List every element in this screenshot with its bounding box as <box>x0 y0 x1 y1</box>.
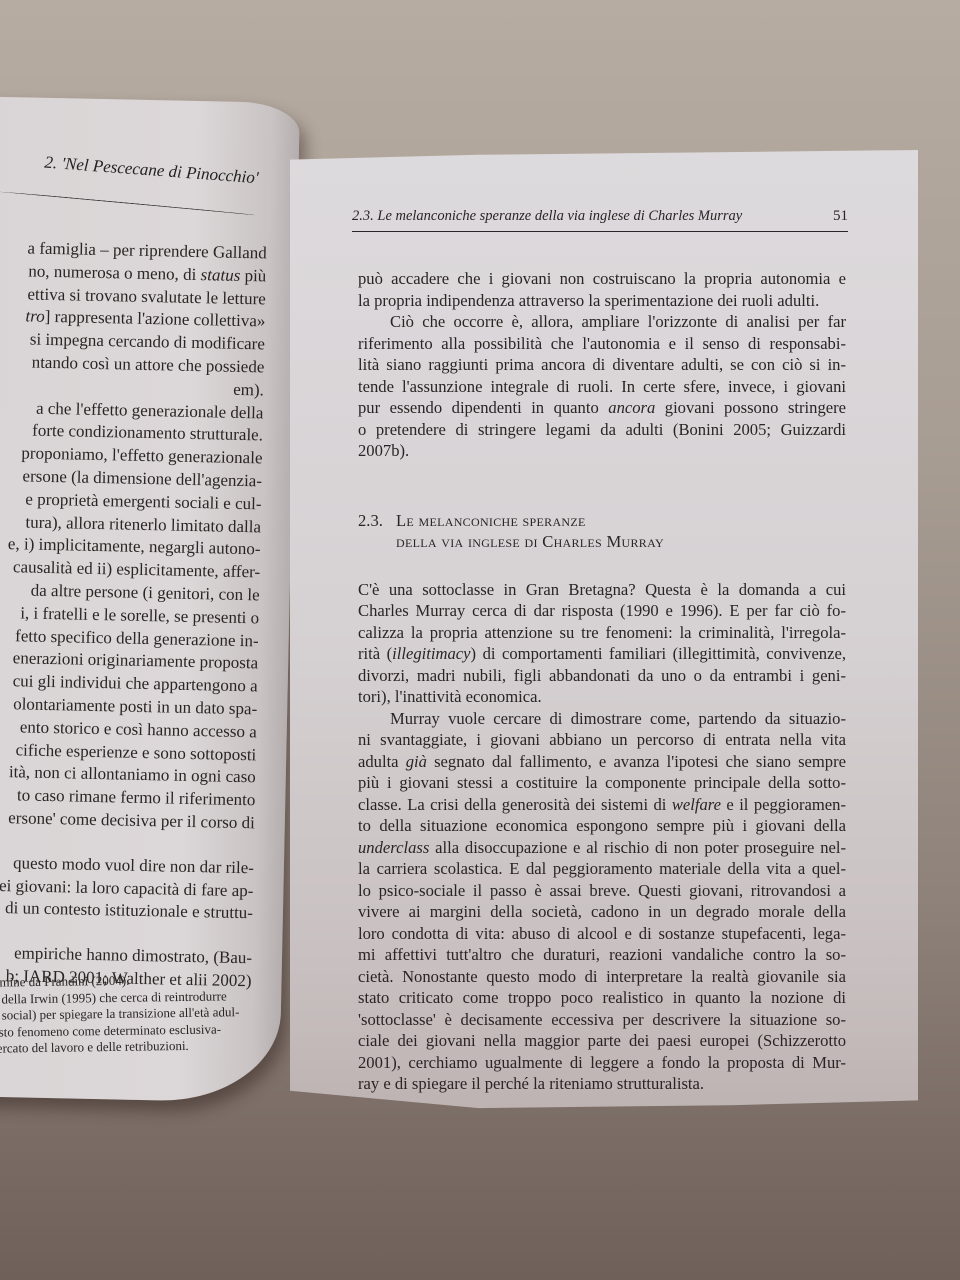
text-line: divorzi, madri nubili, figli abbandonati… <box>358 665 846 687</box>
photo-scene: 2. 'Nel Pescecane di Pinocchio' a famigl… <box>0 0 960 1280</box>
text-line: ray e di spiegare il perché la riteniamo… <box>358 1073 846 1095</box>
right-page: 2.3. Le melanconiche speranze della via … <box>290 150 918 1110</box>
left-footnotes: termine da Prandini (2004).zo della Irwi… <box>0 971 249 1058</box>
section-heading: 2.3.Le melanconiche speranze della via i… <box>358 510 846 553</box>
text-line: adulta già segnato dal fallimento, e ava… <box>358 751 846 773</box>
text-line: rità (illegitimacy) di comportamenti fam… <box>358 643 846 665</box>
text-line: più i giovani stessi a costituire la com… <box>358 772 846 794</box>
text-line: lo psico-sociale il passo è assai breve.… <box>358 880 846 902</box>
running-head-title: 2.3. Le melanconiche speranze della via … <box>352 208 742 225</box>
text-line: o pretendere di stringere legami da adul… <box>358 419 846 441</box>
paragraph-autonomy: Ciò che occorre è, allora, ampliare l'or… <box>358 311 846 462</box>
text-line: vivere ai margini della società, cadono … <box>358 901 846 923</box>
page-number: 51 <box>833 208 848 225</box>
text-line: riferimento alla possibilità che l'auton… <box>358 333 846 355</box>
text-line: to della situazione economica espongono … <box>358 815 846 837</box>
header-rule <box>352 231 848 232</box>
section-title-line1: Le melanconiche speranze <box>396 511 586 530</box>
text-line: Ciò che occorre è, allora, ampliare l'or… <box>358 311 846 333</box>
left-running-head: 2. 'Nel Pescecane di Pinocchio' <box>0 149 259 192</box>
text-line: 2007b). <box>358 440 846 462</box>
running-head: 2.3. Le melanconiche speranze della via … <box>352 208 848 225</box>
section-title-line2: della via inglese di Charles Murray <box>396 532 664 551</box>
text-line: calizza la propria attenzione su tre fen… <box>358 622 846 644</box>
text-line: loro condotta di vita: abuso di alcool e… <box>358 923 846 945</box>
text-line: la carriera scolastica. E dal peggiorame… <box>358 858 846 880</box>
text-line: tende l'assunzione integrale di ruoli. I… <box>358 376 846 398</box>
text-line: classe. La crisi della generosità dei si… <box>358 794 846 816</box>
text-line: tori), l'inattività economica. <box>358 686 846 708</box>
footnote-line: mercato del lavoro e delle retribuzioni. <box>0 1037 249 1057</box>
text-line: 'sottoclasse' è decisamente eccessiva pe… <box>358 1009 846 1031</box>
text-line: Charles Murray cerca di dar risposta (19… <box>358 600 846 622</box>
right-body-text: può accadere che i giovani non costruisc… <box>358 268 846 1095</box>
left-header-rule <box>0 191 255 216</box>
left-body-text: a famiglia – per riprendere Gallandno, n… <box>0 237 267 993</box>
paragraph-continuation: può accadere che i giovani non costruisc… <box>358 268 846 311</box>
section-number: 2.3. <box>358 510 396 532</box>
text-line: la propria indipendenza attraverso la sp… <box>358 290 846 312</box>
text-line: underclass alla disoccupazione e al risc… <box>358 837 846 859</box>
text-line: può accadere che i giovani non costruisc… <box>358 268 846 290</box>
text-line: pur essendo dipendenti in quanto ancora … <box>358 397 846 419</box>
paragraph-underclass-question: C'è una sottoclasse in Gran Bretagna? Qu… <box>358 579 846 708</box>
text-line: 2001), cerchiamo ugualmente di leggere a… <box>358 1052 846 1074</box>
text-line: C'è una sottoclasse in Gran Bretagna? Qu… <box>358 579 846 601</box>
text-line: lità siano raggiunti prima ancora di div… <box>358 354 846 376</box>
text-line: ciale dei giovani nella maggior parte de… <box>358 1030 846 1052</box>
text-line: mi affettivi tutt'altro che duraturi, re… <box>358 944 846 966</box>
paragraph-murray-argument: Murray vuole cercare di dimostrare come,… <box>358 708 846 1095</box>
text-line: Murray vuole cercare di dimostrare come,… <box>358 708 846 730</box>
left-page: 2. 'Nel Pescecane di Pinocchio' a famigl… <box>0 96 300 1103</box>
text-line: ni svantaggiate, i giovani abbiano un pe… <box>358 729 846 751</box>
text-line: cietà. Nonostante questo modo di interpr… <box>358 966 846 988</box>
text-line: stato criticato come troppo poco realist… <box>358 987 846 1009</box>
